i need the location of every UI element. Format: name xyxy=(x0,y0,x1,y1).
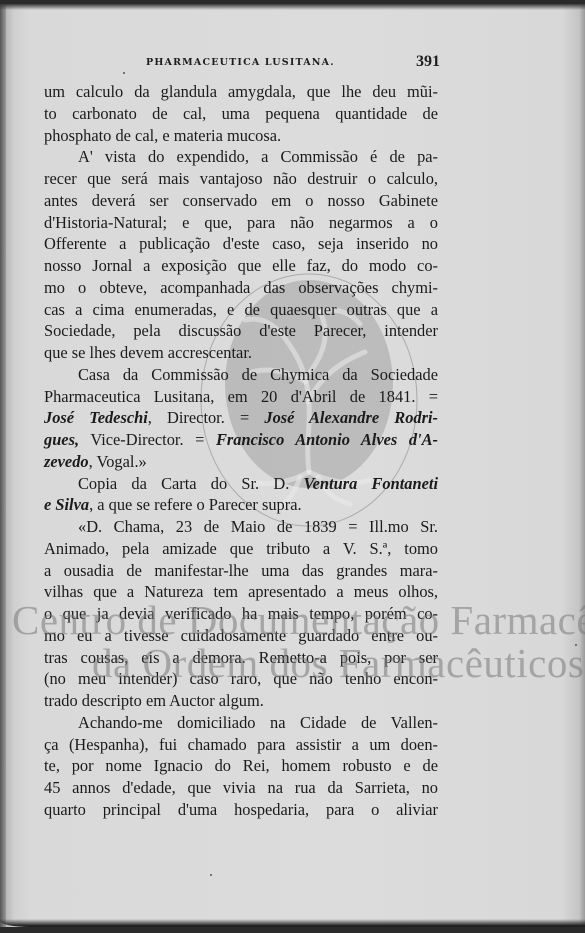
paper-speck xyxy=(575,644,577,646)
text-line: Sociedade, pela discussão d'este Parecer… xyxy=(44,320,438,342)
signatory-name: José Tedeschi xyxy=(44,408,148,427)
text-line: te, por nome Ignacio do Rei, homem robus… xyxy=(44,755,438,777)
text-line: trado descripto em Auctor algum. xyxy=(44,690,438,712)
running-title: PHARMACEUTICA LUSITANA. xyxy=(146,57,335,68)
text-line: Animado, pela amizade que tributo a V. S… xyxy=(44,538,438,560)
signature-line: gues, Vice-Director. = Francisco Antonio… xyxy=(44,429,438,451)
page-top-edge xyxy=(0,4,585,10)
text-line: vilhas que a Natureza tem apresentado a … xyxy=(44,581,438,603)
text-line: ça (Hespanha), fui chamado para assistir… xyxy=(44,734,438,756)
scanned-page: PHARMACEUTICA LUSITANA. 391 um calculo d… xyxy=(0,4,585,927)
running-header: PHARMACEUTICA LUSITANA. 391 xyxy=(146,54,440,74)
text-line: (no meu intender) caso raro, que não ten… xyxy=(44,668,438,690)
text-line: o que ja devia verificado ha mais tempo,… xyxy=(44,603,438,625)
text-line: tras cousas, eis a demora. Remetto-a poi… xyxy=(44,647,438,669)
text-line: e Silva, a que se refere o Parecer supra… xyxy=(44,494,438,516)
page-number: 391 xyxy=(416,53,440,71)
paragraph-start: A' vista do expendido, a Commissão é de … xyxy=(44,146,438,168)
signature-line: zevedo, Vogal.» xyxy=(44,451,438,473)
text-line: phosphato de cal, e materia mucosa. xyxy=(44,125,438,147)
signature-line: José Tedeschi, Director. = José Alexandr… xyxy=(44,407,438,429)
person-name: e Silva xyxy=(44,495,89,514)
text-line: a ousadia de manifestar-lhe uma das gran… xyxy=(44,560,438,582)
body-text: um calculo da glandula amygdala, que lhe… xyxy=(44,81,438,821)
text-line: antes deverá ser conservado em o nosso G… xyxy=(44,190,438,212)
text-line: Pharmaceutica Lusitana, em 20 d'Abril de… xyxy=(44,386,438,408)
text-line: Offerente a publicação d'este caso, seja… xyxy=(44,233,438,255)
text-line: um calculo da glandula amygdala, que lhe… xyxy=(44,81,438,103)
text-line: 45 annos d'edade, que vivia na rua da Sa… xyxy=(44,777,438,799)
text-line: mo o obteve, acompanhada das observações… xyxy=(44,277,438,299)
paper-speck xyxy=(123,72,125,74)
paragraph-start: Copia da Carta do Sr. D. Ventura Fontane… xyxy=(44,473,438,495)
signatory-name: Francisco Antonio Alves d'A- xyxy=(216,430,438,449)
letter-opening: «D. Chama, 23 de Maio de 1839 = Ill.mo S… xyxy=(44,516,438,538)
signatory-name: José Alexandre Rodri- xyxy=(264,408,438,427)
text-line: cas a cima enumeradas, e de quaesquer ou… xyxy=(44,299,438,321)
paragraph-start: Casa da Commissão de Chymica da Sociedad… xyxy=(44,364,438,386)
book-spine-shadow xyxy=(0,4,6,927)
person-name: Ventura Fontaneti xyxy=(304,474,438,493)
text-line: recer que será mais vantajoso não destru… xyxy=(44,168,438,190)
page-bottom-edge xyxy=(0,919,585,927)
text-line: mo eu a tivesse cuidadosamente guardado … xyxy=(44,625,438,647)
text-line: d'Historia-Natural; e que, para não nega… xyxy=(44,212,438,234)
paper-speck xyxy=(210,874,212,876)
text-line: to carbonato de cal, uma pequena quantid… xyxy=(44,103,438,125)
text-line: nosso Jornal a exposição que elle faz, d… xyxy=(44,255,438,277)
paragraph-start: Achando-me domiciliado na Cidade de Vall… xyxy=(44,712,438,734)
text-line: quarto principal d'uma hospedaria, para … xyxy=(44,799,438,821)
text-line: que se lhes devem accrescentar. xyxy=(44,342,438,364)
signatory-name: gues, xyxy=(44,430,79,449)
signatory-name: zevedo xyxy=(44,452,89,471)
